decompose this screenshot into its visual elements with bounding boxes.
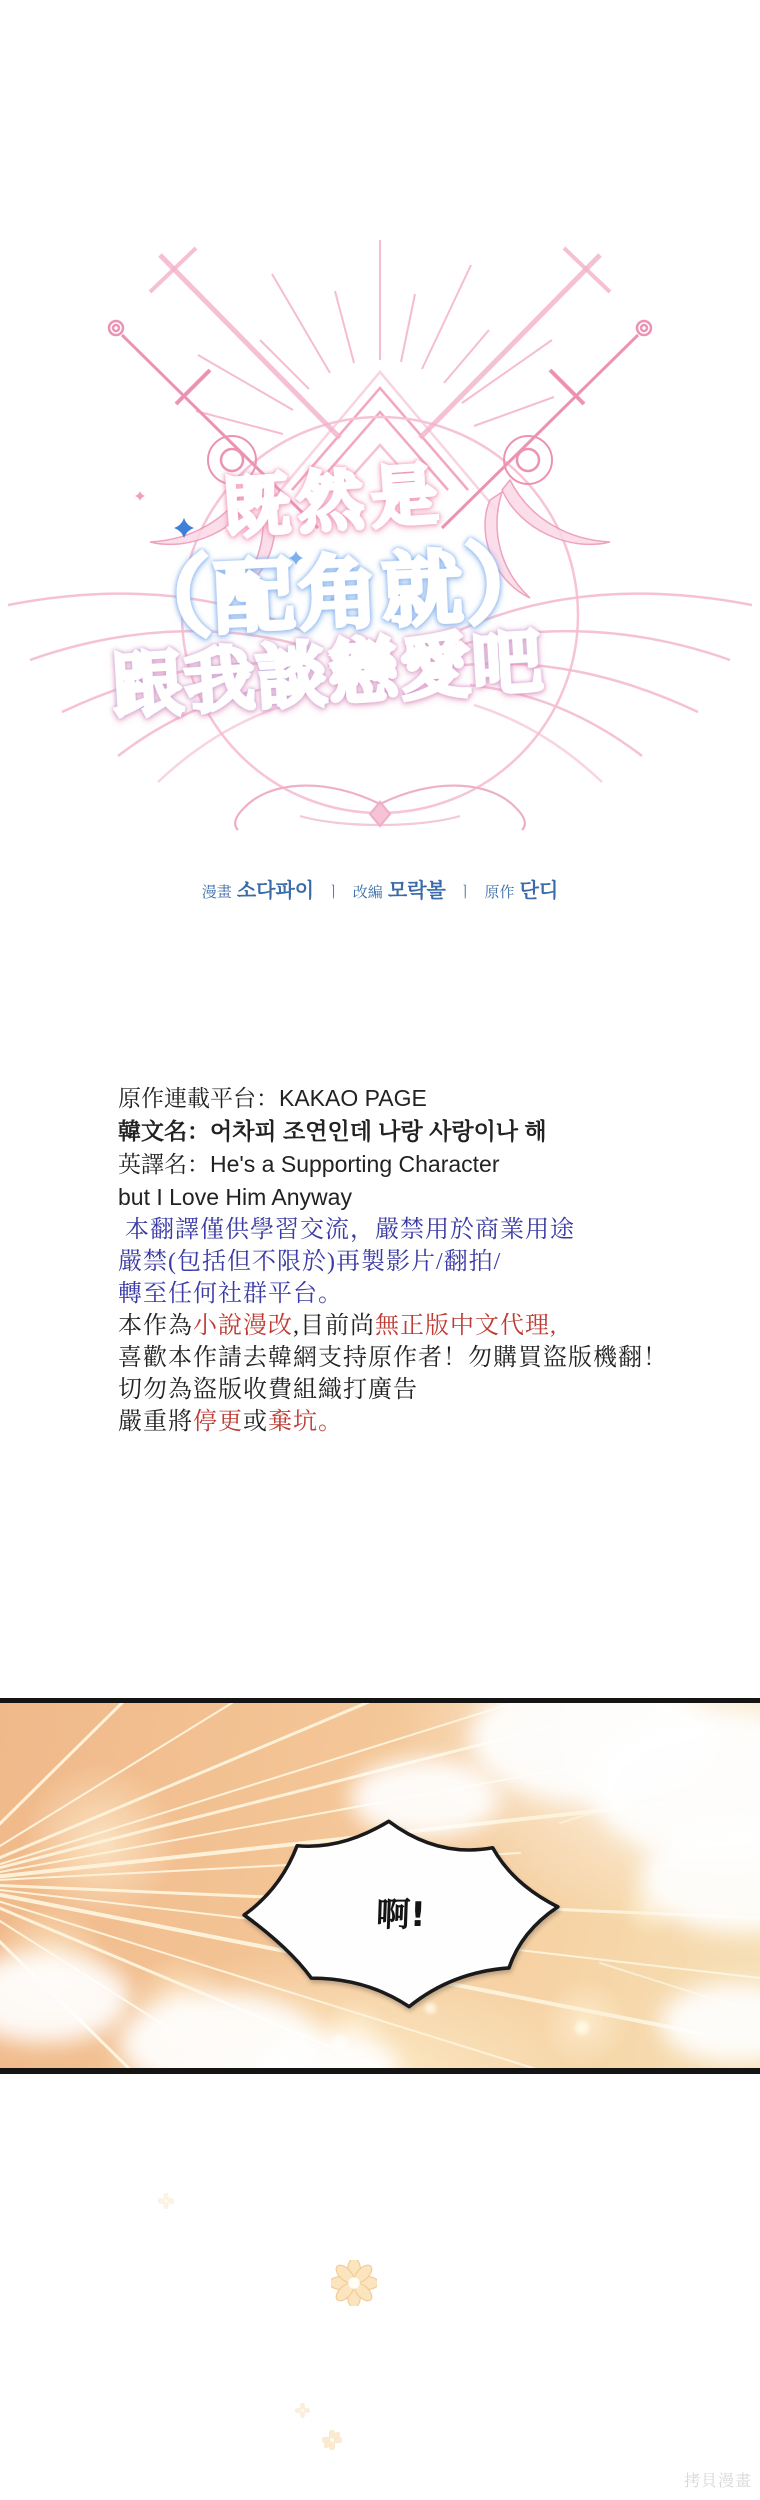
info-line: 韓文名：어차피 조연인데 나랑 사랑이나 해 (118, 1115, 718, 1148)
info-line: 英譯名：He's a Supporting Character (118, 1148, 718, 1181)
credits-comic-value: 소다파이 (237, 878, 314, 902)
info-line-segment: 無正版中文代理 (375, 1313, 550, 1339)
info-line-segment: 本翻譯僅供學習交流，嚴禁用於商業用途 (118, 1217, 575, 1243)
title-line-3-pink: 戀愛 (326, 624, 475, 715)
info-line-segment: , (550, 1313, 557, 1339)
title-logo: 既然是 （配角就） 跟我談戀愛吧 (0, 160, 760, 880)
sunburst-decoration (196, 240, 554, 434)
info-line-segment: 轉至任何社群平台。 (118, 1281, 343, 1307)
credits-line: 漫畫 소다파이 ㅣ 改編 모락볼 ㅣ 原作 단디 (0, 874, 760, 903)
flower-decoration (295, 2403, 310, 2418)
info-line: 轉至任何社群平台。 (118, 1278, 718, 1310)
credits-adapt-value: 모락볼 (388, 878, 446, 902)
flower-decoration (322, 2430, 342, 2450)
flourish-decoration (235, 786, 525, 830)
info-line-segment: 棄坑 (268, 1409, 318, 1435)
info-line: 本翻譯僅供學習交流，嚴禁用於商業用途 (118, 1214, 718, 1246)
credits-comic-label: 漫畫 (202, 885, 232, 901)
info-line-segment: 英譯名：He's a Supporting Character (118, 1151, 500, 1177)
info-line: 原作連載平台：KAKAO PAGE (118, 1082, 718, 1115)
info-line-segment: 停更 (193, 1409, 243, 1435)
info-line-segment: 小說漫改 (193, 1313, 293, 1339)
info-line: 嚴重將停更或棄坑。 (118, 1406, 718, 1438)
info-line-segment: ,目前尚 (293, 1313, 375, 1339)
credits-original-label: 原作 (485, 885, 515, 901)
info-line-segment: 本作為 (118, 1313, 193, 1339)
speech-bubble: 啊! (236, 1815, 566, 2015)
title-line-3-blue: 跟我談 (110, 633, 331, 728)
info-line-segment: 原作連載平台：KAKAO PAGE (118, 1085, 427, 1111)
info-line: 切勿為盜版收費組織打廣告 (118, 1374, 718, 1406)
info-line-segment: 。 (318, 1409, 343, 1435)
flower-decoration (158, 2193, 174, 2209)
info-line: 本作為小說漫改,目前尚無正版中文代理, (118, 1310, 718, 1342)
info-line-segment: 喜歡本作請去韓網支持原作者！勿購買盜版機翻！ (118, 1345, 668, 1371)
info-line-segment: 韓文名：어차피 조연인데 나랑 사랑이나 해 (118, 1118, 547, 1144)
credits-divider: ㅣ (326, 883, 341, 901)
speech-bubble-text: 啊! (235, 1887, 567, 1936)
info-line-segment: 切勿為盜版收費組織打廣告 (118, 1377, 418, 1403)
info-block: 原作連載平台：KAKAO PAGE韓文名：어차피 조연인데 나랑 사랑이나 해英… (118, 1082, 718, 1438)
credits-adapt-label: 改編 (353, 885, 383, 901)
title-line-3-mix: 吧 (470, 620, 547, 706)
info-line: 喜歡本作請去韓網支持原作者！勿購買盜版機翻！ (118, 1342, 718, 1374)
site-watermark: 拷貝漫畫 (684, 2468, 752, 2491)
info-line-segment: 嚴禁(包括但不限於)再製影片/翻拍/ (118, 1249, 501, 1275)
info-line-segment: 嚴重將 (118, 1409, 193, 1435)
info-line: but I Love Him Anyway (118, 1181, 718, 1214)
comic-panel: 啊! (0, 1698, 760, 2074)
credits-original-value: 단디 (520, 878, 559, 902)
credits-divider: ㅣ (458, 883, 473, 901)
info-line-segment: 或 (243, 1409, 268, 1435)
info-line: 嚴禁(包括但不限於)再製影片/翻拍/ (118, 1246, 718, 1278)
webtoon-page: 既然是 （配角就） 跟我談戀愛吧 漫畫 소다파이 ㅣ 改編 모락볼 ㅣ 原作 단… (0, 0, 760, 2500)
info-line-segment: but I Love Him Anyway (118, 1184, 352, 1210)
flower-decoration (331, 2260, 377, 2306)
